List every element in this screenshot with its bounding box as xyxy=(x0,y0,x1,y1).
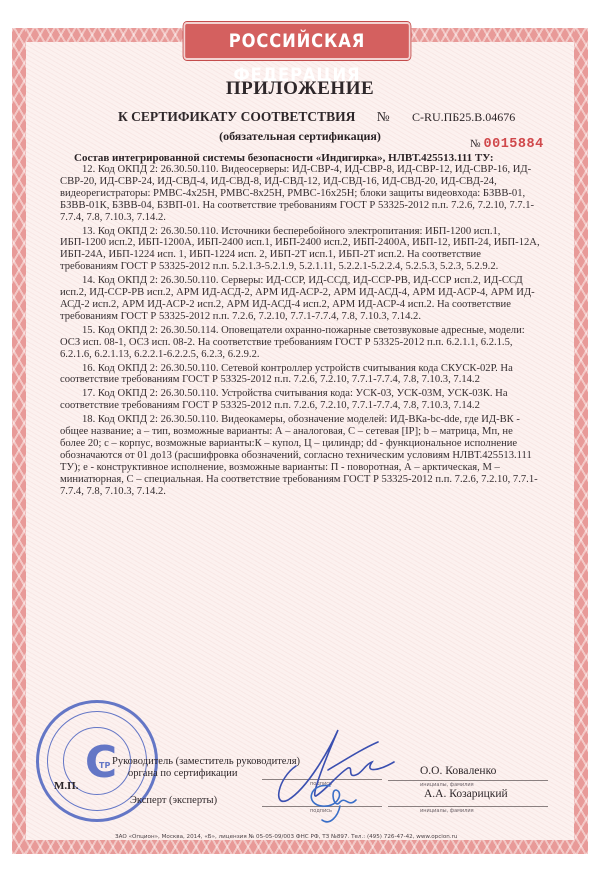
printer-imprint: ЗАО «Опцион», Москва, 2014, «Б», лицензи… xyxy=(115,834,457,840)
decorative-border-bottom xyxy=(12,840,588,854)
list-item: 18. Код ОКПД 2: 26.30.50.110. Видеокамер… xyxy=(60,414,540,497)
list-item: 17. Код ОКПД 2: 26.30.50.110. Устройства… xyxy=(60,388,540,412)
serial-number: 0015884 xyxy=(484,137,544,152)
expert-signature-icon xyxy=(300,780,370,830)
certificate-number: C-RU.ПБ25.В.04676 xyxy=(412,110,515,125)
section-heading: Состав интегрированной системы безопасно… xyxy=(74,152,494,164)
expert-label: Эксперт (эксперты) xyxy=(130,795,217,806)
decorative-border-left xyxy=(12,28,26,854)
name-caption: инициалы, фамилия xyxy=(420,808,474,814)
expert-name: А.А. Козарицкий xyxy=(424,788,508,800)
head-name: О.О. Коваленко xyxy=(420,765,496,777)
stamp-center-text: TP xyxy=(99,761,110,770)
head-name-line xyxy=(388,780,548,781)
decorative-border-right xyxy=(574,28,588,854)
certificate-label: К СЕРТИФИКАТУ СООТВЕТСТВИЯ xyxy=(118,109,355,124)
country-banner: РОССИЙСКАЯ ФЕДЕРАЦИЯ xyxy=(183,22,410,60)
list-item: 12. Код ОКПД 2: 26.30.50.110. Видеосерве… xyxy=(60,164,540,224)
expert-name-line xyxy=(388,806,548,807)
document-title: ПРИЛОЖЕНИЕ xyxy=(0,78,600,100)
number-sign: № xyxy=(377,109,390,124)
list-item: 15. Код ОКПД 2: 26.30.50.114. Оповещател… xyxy=(60,325,540,361)
certificate-reference: К СЕРТИФИКАТУ СООТВЕТСТВИЯ № xyxy=(118,109,390,125)
form-serial: №0015884 xyxy=(470,137,544,152)
head-signatory-label-2: органа по сертификации xyxy=(128,768,238,779)
items-list: 12. Код ОКПД 2: 26.30.50.110. Видеосерве… xyxy=(60,164,540,497)
stamp-place-label: М.П. xyxy=(54,780,78,792)
serial-sign: № xyxy=(470,138,481,150)
list-item: 16. Код ОКПД 2: 26.30.50.110. Сетевой ко… xyxy=(60,363,540,387)
list-item: 13. Код ОКПД 2: 26.30.50.110. Источники … xyxy=(60,226,540,274)
list-item: 14. Код ОКПД 2: 26.30.50.110. Серверы: И… xyxy=(60,275,540,323)
